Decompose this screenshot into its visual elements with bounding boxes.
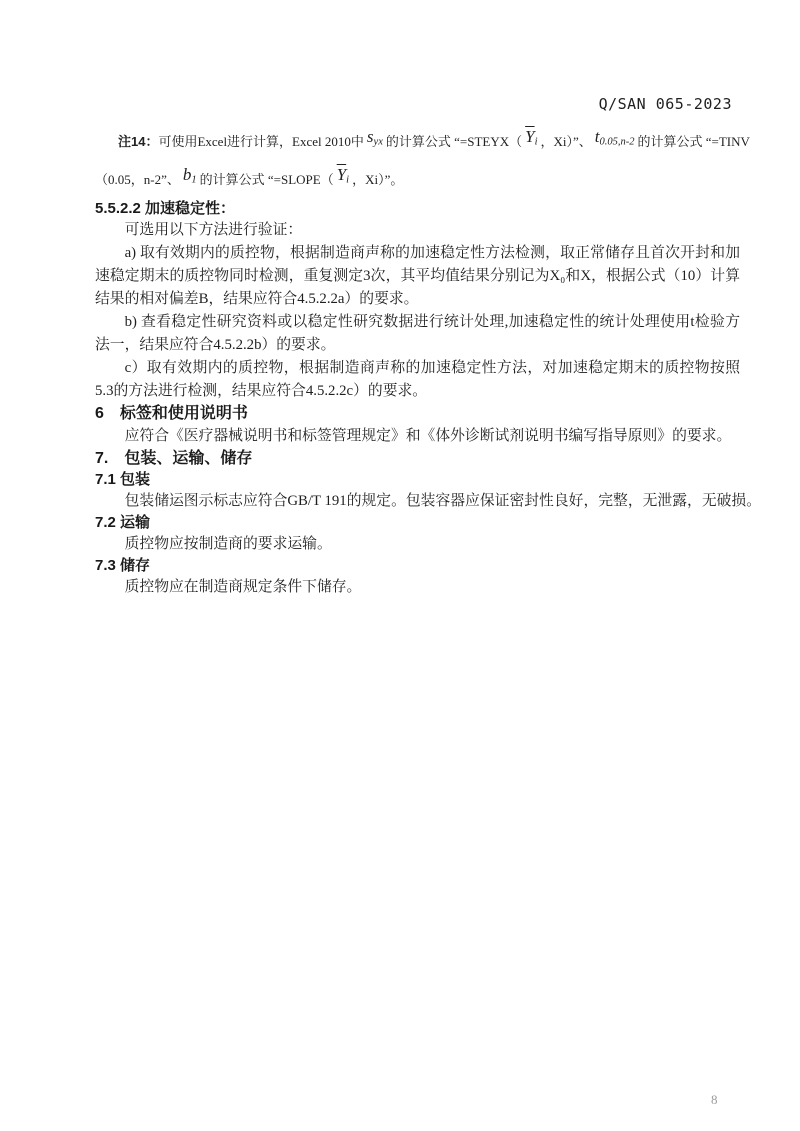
para-7-1-body: 包装储运图示标志应符合GB/T 191的规定。包装容器应保证密封性良好，完整，无… xyxy=(95,490,740,513)
heading-7-1: 7.1 包装 xyxy=(95,470,740,490)
page-content: Q/SAN 065-2023 注14：可使用Excel进行计算，Excel 20… xyxy=(95,95,740,599)
para-7-3-body: 质控物应在制造商规定条件下储存。 xyxy=(95,576,740,599)
para-5522-item-c: c）取有效期内的质控物，根据制造商声称的加速稳定性方法，对加速稳定期末的质控物按… xyxy=(95,357,740,403)
document-number: Q/SAN 065-2023 xyxy=(95,95,732,113)
math-base: s xyxy=(367,127,374,146)
para-5522-item-b: b) 查看稳定性研究资料或以稳定性研究数据进行统计处理,加速稳定性的统计处理使用… xyxy=(95,311,740,357)
math-subscript: 0.05,n-2 xyxy=(600,137,635,148)
note-14-line-1: 注14：可使用Excel进行计算，Excel 2010中syx的计算公式 “=S… xyxy=(95,123,740,161)
math-subscript: 1 xyxy=(191,175,196,186)
note-14-line-2: （0.05，n-2”、b1的计算公式 “=SLOPE（Yi，Xi）”。 xyxy=(95,161,740,199)
para-7-2-body: 质控物应按制造商的要求运输。 xyxy=(95,533,740,556)
math-subscript: i xyxy=(346,175,349,186)
heading-6: 6 标签和使用说明书 xyxy=(95,403,740,425)
math-symbol-s: syx xyxy=(367,128,383,148)
para-5522-intro: 可选用以下方法进行验证： xyxy=(95,219,740,242)
heading-7-3: 7.3 储存 xyxy=(95,556,740,576)
heading-5-5-2-2: 5.5.2.2 加速稳定性： xyxy=(95,199,740,219)
math-base-overline: Y xyxy=(525,127,534,146)
math-symbol-y: Yi xyxy=(525,128,537,148)
para-5522-item-a: a) 取有效期内的质控物，根据制造商声称的加速稳定性方法检测，取正常储存且首次开… xyxy=(95,242,740,311)
math-symbol-y: Yi xyxy=(337,166,349,186)
page-number: 8 xyxy=(711,1092,718,1108)
math-symbol-t: t0.05,n-2 xyxy=(595,128,635,148)
para-6-body: 应符合《医疗器械说明书和标签管理规定》和《体外诊断试剂说明书编写指导原则》的要求… xyxy=(95,425,740,448)
heading-7-2: 7.2 运输 xyxy=(95,513,740,533)
math-subscript: i xyxy=(535,137,538,148)
math-subscript: yx xyxy=(374,137,383,148)
math-symbol-b: b1 xyxy=(183,166,197,186)
heading-7: 7. 包装、运输、储存 xyxy=(95,448,740,470)
math-base-overline: Y xyxy=(337,165,346,184)
note-14: 注14：可使用Excel进行计算，Excel 2010中syx的计算公式 “=S… xyxy=(95,123,740,199)
document-page: Q/SAN 065-2023 注14：可使用Excel进行计算，Excel 20… xyxy=(0,0,800,1131)
note-label: 注14： xyxy=(118,134,158,149)
